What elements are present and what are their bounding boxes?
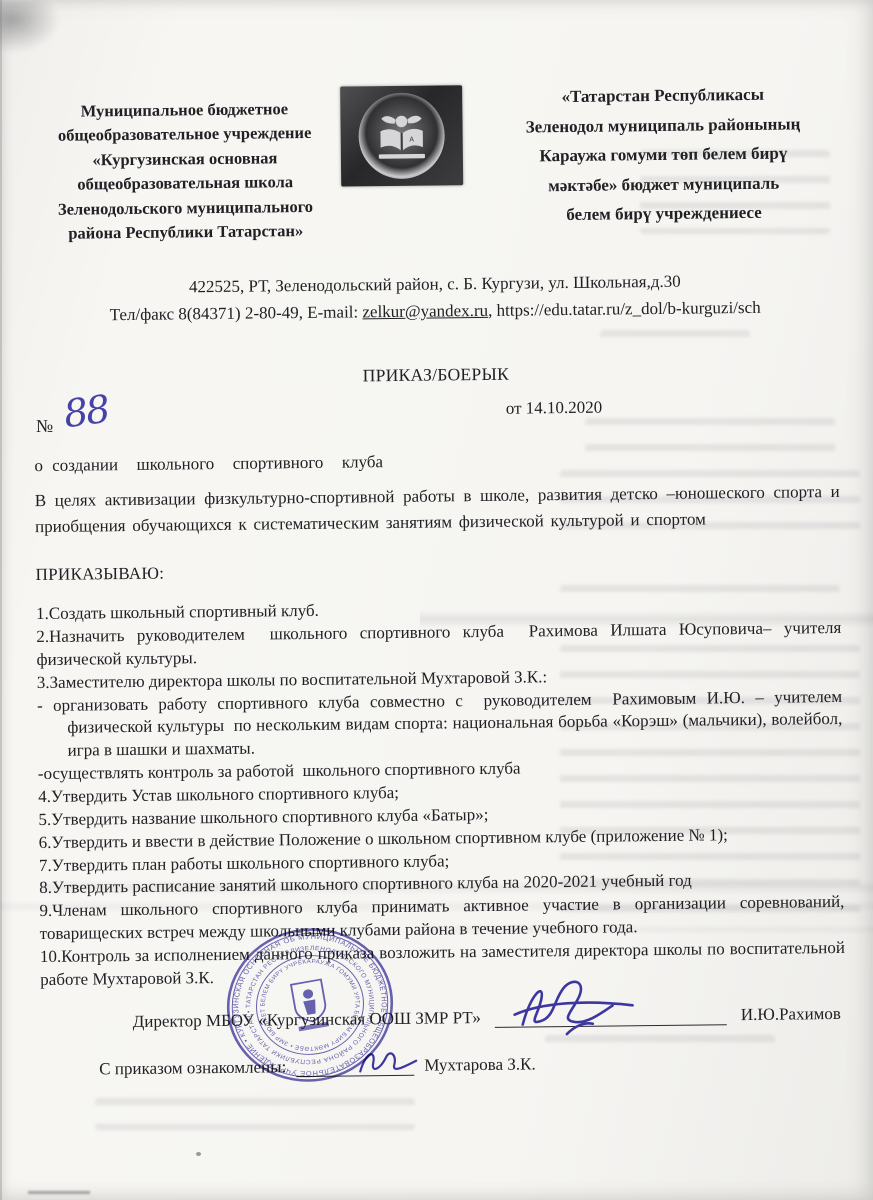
org-name-line: Зеленодол муниципаль районының xyxy=(466,108,859,142)
org-name-line: Муниципальное бюджетное xyxy=(36,97,332,125)
handwritten-order-number: 88 xyxy=(61,387,111,437)
org-name-line: общеобразовательное учреждение xyxy=(37,121,333,149)
school-logo: A xyxy=(340,85,463,186)
org-name-line: Зеленодольского муниципального xyxy=(37,194,333,222)
contact-block: 422525, РТ, Зеленодольский район, с. Б. … xyxy=(0,267,872,330)
email-text: zelkur@yandex.ru xyxy=(362,301,488,321)
order-preamble: В целях активизации физкультурно-спортив… xyxy=(35,479,841,539)
acknowledgement-name: Мухтарова З.К. xyxy=(424,1054,536,1075)
bleed-through-artifact xyxy=(95,1098,415,1130)
website-text: , https://edu.tatar.ru/z_dol/b-kurguzi/s… xyxy=(488,298,761,320)
scan-speck xyxy=(196,1152,201,1156)
signature-line xyxy=(495,1002,727,1028)
org-name-line: белем бирү учреждениесе xyxy=(467,197,860,231)
org-name-line: Караужа гомуми төп белем бирү xyxy=(467,138,860,172)
school-logo-circle: A xyxy=(358,92,445,179)
stamp-shield-emblem xyxy=(291,979,329,1031)
org-name-line: общеобразовательная школа xyxy=(37,170,333,198)
order-meta: № 88 от 14.10.2020 xyxy=(34,395,839,448)
order-date: от 14.10.2020 xyxy=(506,398,603,419)
order-item-line: 10.Контроль за исполнением данного прика… xyxy=(40,937,845,992)
org-name-line: района Республики Татарстан» xyxy=(38,219,334,247)
scan-mark-bottom-left xyxy=(28,1191,90,1194)
svg-text:A: A xyxy=(409,136,414,144)
scanned-order-document: Муниципальное бюджетноеобщеобразовательн… xyxy=(0,0,873,1200)
order-title: ПРИКАЗ/БОЕРЫК xyxy=(0,360,872,391)
order-directive: ПРИКАЗЫВАЮ: xyxy=(36,556,841,585)
open-book-emblem-icon: A xyxy=(370,111,433,162)
director-signature-ink xyxy=(508,973,639,1036)
org-name-line: мәктәбе» бюджет муниципаль xyxy=(467,167,860,201)
director-name: И.Ю.Рахимов xyxy=(741,1004,841,1025)
acknowledgement-row: С приказом ознакомлены: Мухтарова З.К. xyxy=(99,1050,846,1079)
order-number-label: № xyxy=(36,416,53,437)
phone-fax: Тел/факс 8(84371) 2-80-49, E-mail: xyxy=(110,302,363,324)
org-name-russian: Муниципальное бюджетноеобщеобразовательн… xyxy=(36,85,334,247)
letterhead: Муниципальное бюджетноеобщеобразовательн… xyxy=(0,0,871,247)
org-name-line: «Татарстан Республикасы xyxy=(466,79,859,113)
official-stamp: МУНИЦИПАЛЬНОЕ БЮДЖЕТНОЕ ОБЩЕОБРАЗОВАТЕЛЬ… xyxy=(212,912,409,1097)
order-items: 1.Создать школьный спортивный клуб.2.Наз… xyxy=(36,594,845,992)
stamp-graphic: МУНИЦИПАЛЬНОЕ БЮДЖЕТНОЕ ОБЩЕОБРАЗОВАТЕЛЬ… xyxy=(212,912,409,1097)
org-name-tatar: «Татарстан РеспубликасыЗеленодол муницип… xyxy=(466,79,861,231)
order-subject: о создании школьного спортивного клуба xyxy=(34,447,839,476)
order-item-line: - организовать работу спортивного клуба … xyxy=(37,685,843,763)
document-content: Муниципальное бюджетноеобщеобразовательн… xyxy=(0,0,873,1080)
org-name-line: «Кургузинская основная xyxy=(37,145,333,173)
